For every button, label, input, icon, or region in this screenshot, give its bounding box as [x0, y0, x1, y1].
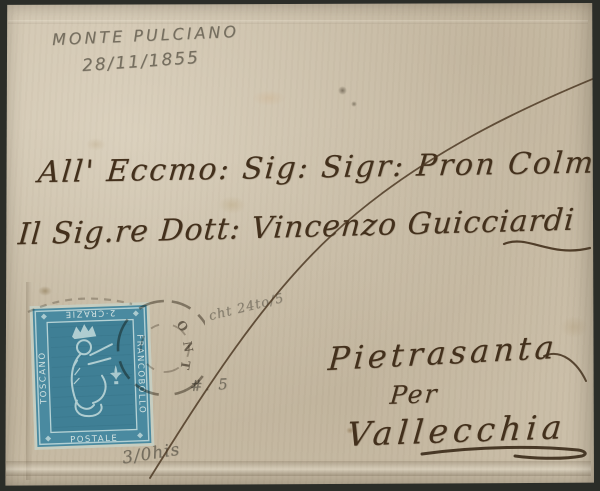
pencil-dealer-mark: cht 24to/5: [207, 291, 286, 324]
stain-spot: [86, 138, 106, 151]
destination-via: Per: [389, 379, 440, 410]
paper-crease-top: [8, 20, 588, 24]
stamp-inscription-right: FRANCOBOLLO: [134, 334, 147, 414]
destination-city: Pietrasanta: [327, 328, 559, 378]
address-honorific-line: All' Eccmo: Sig: Sigr: Pron Colmo:-: [37, 145, 600, 191]
letter-paper: MONTE PULCIANO 28/11/1855 All' Eccmo: Si…: [0, 0, 600, 491]
photo-of-postal-cover: MONTE PULCIANO 28/11/1855 All' Eccmo: Si…: [0, 0, 600, 491]
fleur-de-lis-icon: [110, 365, 123, 384]
ink-speck: [351, 101, 357, 107]
address-name-line: Il Sig.re Dott: Vincenzo Guicciardi: [17, 203, 576, 253]
marzocco-lion-icon: [70, 324, 115, 416]
stain-spot: [46, 434, 68, 449]
pencil-number-mark: #. 5: [190, 375, 231, 395]
pencil-location-note: MONTE PULCIANO: [52, 22, 240, 49]
smudge: [252, 90, 286, 106]
stain-spot: [560, 316, 588, 338]
pencil-date-note: 28/11/1855: [81, 48, 200, 76]
stain-spot: [38, 286, 52, 296]
tuscany-stamp: 2·CRAZIE POSTALE TOSCANO FRANCOBOLLO: [30, 302, 155, 450]
ink-speck: [338, 86, 347, 95]
stamp-inscription-bottom: POSTALE: [70, 434, 118, 446]
stamp-corner-ornaments: [41, 310, 143, 441]
destination-place: Vallecchia: [345, 407, 568, 454]
postmark-letter: N: [180, 340, 196, 353]
paper-fold-left: [26, 282, 32, 480]
paper-fold-bottom: [6, 461, 591, 476]
circular-postmark: O N T: [20, 282, 205, 422]
stamp-margin: [30, 302, 155, 450]
stamp-inscription-left: TOSCANO: [38, 351, 50, 405]
stamp-inscription-top: 2·CRAZIE: [64, 307, 115, 319]
postmark-letter: O: [174, 318, 191, 335]
postmark-letter: T: [177, 359, 192, 370]
